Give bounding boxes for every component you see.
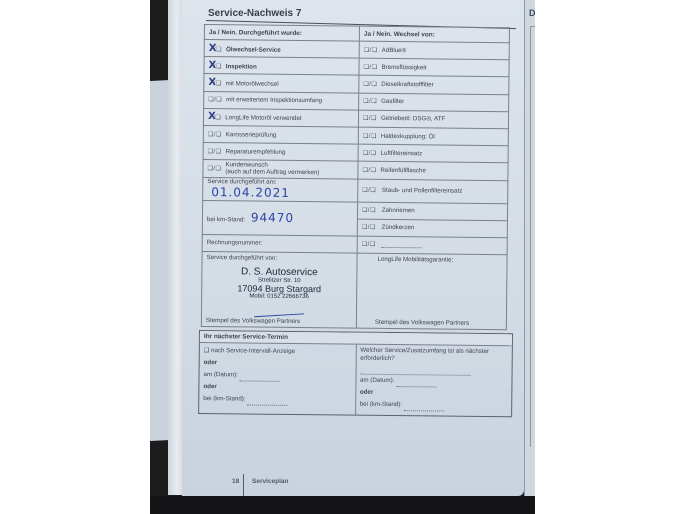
right-item-row: ❑/❑ Staub- und Pollenfiltereinsatz xyxy=(358,179,508,204)
left-item-row: X/❑mit Motorölwechsel xyxy=(204,74,359,93)
left-item-row: ❑/❑Karosserieprüfung xyxy=(203,125,358,144)
page-title: Service-Nachweis 7 xyxy=(208,8,301,19)
service-table: Ja / Nein. Durchgeführt wurde: Ja / Nein… xyxy=(201,24,510,330)
right-item-label: Bremsflüssigkeit xyxy=(381,64,426,71)
next-date-field[interactable]: am (Datum): xyxy=(360,375,508,389)
left-item-row: ❑/❑mit erweitertem Inspektionsumfang xyxy=(204,91,359,110)
yes-no-checkbox[interactable]: X/❑ xyxy=(209,64,222,70)
service-date-value[interactable]: 01.04.2021 xyxy=(211,185,290,200)
next-service-box: Ihr nächster Service-Termin ❑ nach Servi… xyxy=(198,330,513,417)
right-item-row-blank: ❑/❑ xyxy=(357,236,507,255)
footer-section: Serviceplan xyxy=(252,478,289,485)
dark-background xyxy=(150,496,535,514)
yes-no-checkbox[interactable]: ❑/❑ xyxy=(362,188,376,194)
blank-line[interactable] xyxy=(381,241,421,248)
mobility-guarantee-label: LongLife Mobilitätsgarantie: xyxy=(378,256,454,264)
yes-no-checkbox[interactable]: ❑/❑ xyxy=(363,99,377,105)
page-number: 18 xyxy=(232,478,239,485)
footer-divider xyxy=(243,474,244,496)
right-item-row: ❑/❑Bremsflüssigkeit xyxy=(359,58,509,77)
right-item-label: AdBlue® xyxy=(382,46,407,53)
yes-no-checkbox[interactable]: ❑/❑ xyxy=(363,150,377,156)
yes-no-checkbox[interactable]: ❑/❑ xyxy=(208,132,222,138)
right-item-row: ❑/❑Haldexkupplung: Öl xyxy=(358,127,508,146)
mobility-guarantee-cell: LongLife Mobilitätsgarantie: Stempel des… xyxy=(356,253,507,330)
left-column-header: Ja / Nein. Durchgeführt wurde: xyxy=(204,25,359,42)
right-item-row: ❑/❑ Zahnriemen xyxy=(357,202,507,221)
right-item-row: ❑/❑ Zündkerzen xyxy=(357,219,507,238)
right-item-label: Haldexkupplung: Öl xyxy=(381,132,435,140)
interval-option[interactable]: ❑ nach Service-Intervall-Anzeige xyxy=(204,345,352,359)
next-date-field[interactable]: am (Datum): xyxy=(203,369,351,383)
yes-no-checkbox[interactable]: X/❑ xyxy=(208,115,221,121)
performed-by-cell: Service durchgeführt von: D. S. Autoserv… xyxy=(201,252,357,329)
right-item-label: Getriebeöl: DSG®, ATF xyxy=(381,115,445,123)
yes-no-checkbox[interactable]: ❑/❑ xyxy=(363,133,377,139)
yes-no-checkbox[interactable]: X/❑ xyxy=(209,47,222,53)
next-service-right: Welcher Service/Zusatzumfang ist als näc… xyxy=(355,345,512,417)
right-item-row: ❑/❑Reifenfüllflasche xyxy=(358,161,508,180)
stamp-label-right: Stempel des Volkswagen Partners xyxy=(375,319,469,327)
right-item-label: Zündkerzen xyxy=(382,224,415,231)
invoice-number-cell[interactable]: Rechnungsnummer: xyxy=(202,234,357,253)
signature xyxy=(254,307,304,317)
left-item-label: Ölwechsel-Service xyxy=(226,46,281,54)
check-mark-icon: X xyxy=(209,43,217,54)
left-item-label: Inspektion xyxy=(226,63,257,70)
next-page-edge: D xyxy=(524,0,535,514)
left-item-label: Reparaturempfehlung xyxy=(226,148,286,156)
km-cell: bei km-Stand: 94470 xyxy=(202,200,357,236)
yes-no-checkbox[interactable]: ❑/❑ xyxy=(208,97,222,103)
right-item-label: Dieselkraftstofffilter xyxy=(381,81,433,89)
next-page-frame xyxy=(530,26,535,447)
next-page-letter: D xyxy=(529,8,535,18)
next-km-field[interactable]: bei (km-Stand): xyxy=(360,399,508,413)
right-item-row: ❑/❑Dieselkraftstofffilter xyxy=(359,76,509,95)
yes-no-checkbox[interactable]: ❑/❑ xyxy=(362,168,376,174)
right-item-label: Gasfilter xyxy=(381,98,404,105)
left-item-row: X/❑Inspektion xyxy=(204,57,359,76)
dealer-stamp: D. S. Autoservice Strelitzer Str. 10 170… xyxy=(202,266,356,301)
yes-no-checkbox[interactable]: ❑/❑ xyxy=(363,82,377,88)
right-item-label: Staub- und Pollenfiltereinsatz xyxy=(382,187,463,195)
performed-by-label: Service durchgeführt von: xyxy=(207,254,278,262)
invoice-number-label: Rechnungsnummer: xyxy=(207,240,263,248)
right-item-row: ❑/❑Gasfilter xyxy=(359,93,509,112)
left-item-label: mit erweitertem Inspektionsumfang xyxy=(226,96,322,104)
km-label: bei km-Stand: xyxy=(207,216,245,223)
stamp-label-left: Stempel des Volkswagen Partners xyxy=(206,317,300,325)
right-item-label: Zahnriemen xyxy=(382,207,415,214)
yes-no-checkbox[interactable]: ❑/❑ xyxy=(207,166,221,172)
left-item-row: X/❑Ölwechsel-Service xyxy=(204,40,359,59)
yes-no-checkbox[interactable]: ❑/❑ xyxy=(364,47,378,53)
yes-no-checkbox[interactable]: ❑/❑ xyxy=(362,225,376,231)
check-mark-icon: X xyxy=(208,111,216,122)
right-column-header: Ja / Nein. Wechsel von: xyxy=(359,26,509,43)
next-km-field[interactable]: bei (km-Stand): xyxy=(203,393,351,407)
next-scope-question: Welcher Service/Zusatzumfang ist als näc… xyxy=(360,347,508,365)
km-value[interactable]: 94470 xyxy=(251,211,294,225)
left-item-label: Kundenwunsch(auch auf dem Auftrag vermer… xyxy=(225,162,319,177)
yes-no-checkbox[interactable]: ❑/❑ xyxy=(362,242,376,248)
right-item-label: Reifenfüllflasche xyxy=(380,167,425,174)
yes-no-checkbox[interactable]: ❑/❑ xyxy=(362,208,376,214)
right-item-row: ❑/❑Getriebeöl: DSG®, ATF xyxy=(358,110,508,129)
right-item-row: ❑/❑AdBlue® xyxy=(359,41,509,60)
left-item-label: Karosserieprüfung xyxy=(226,131,277,139)
left-item-row: ❑/❑Kundenwunsch(auch auf dem Auftrag ver… xyxy=(203,160,358,179)
check-mark-icon: X xyxy=(209,60,217,71)
right-item-label: Luftfiltereinsatz xyxy=(381,150,423,157)
service-record-page: Service-Nachweis 7 Ja / Nein. Durchgefüh… xyxy=(182,0,524,496)
left-item-row: X/❑LongLife Motoröl verwendet xyxy=(203,108,358,127)
yes-no-checkbox[interactable]: X/❑ xyxy=(208,81,221,87)
yes-no-checkbox[interactable]: ❑/❑ xyxy=(363,116,377,122)
service-date-cell: Service durchgeführt am: 01.04.2021 xyxy=(203,177,358,202)
left-item-label: LongLife Motoröl verwendet xyxy=(225,115,301,123)
check-mark-icon: X xyxy=(208,77,216,88)
stamp-phone: Mobil: 0152 22666736 xyxy=(202,293,356,301)
left-item-row: ❑/❑Reparaturempfehlung xyxy=(203,143,358,162)
left-item-label: mit Motorölwechsel xyxy=(226,80,279,88)
yes-no-checkbox[interactable]: ❑/❑ xyxy=(364,64,378,70)
document-photo: Service-Nachweis 7 Ja / Nein. Durchgefüh… xyxy=(150,0,535,514)
yes-no-checkbox[interactable]: ❑/❑ xyxy=(208,149,222,155)
right-item-row: ❑/❑Luftfiltereinsatz xyxy=(358,144,508,163)
next-service-left: ❑ nach Service-Intervall-Anzeige oder am… xyxy=(199,343,355,415)
